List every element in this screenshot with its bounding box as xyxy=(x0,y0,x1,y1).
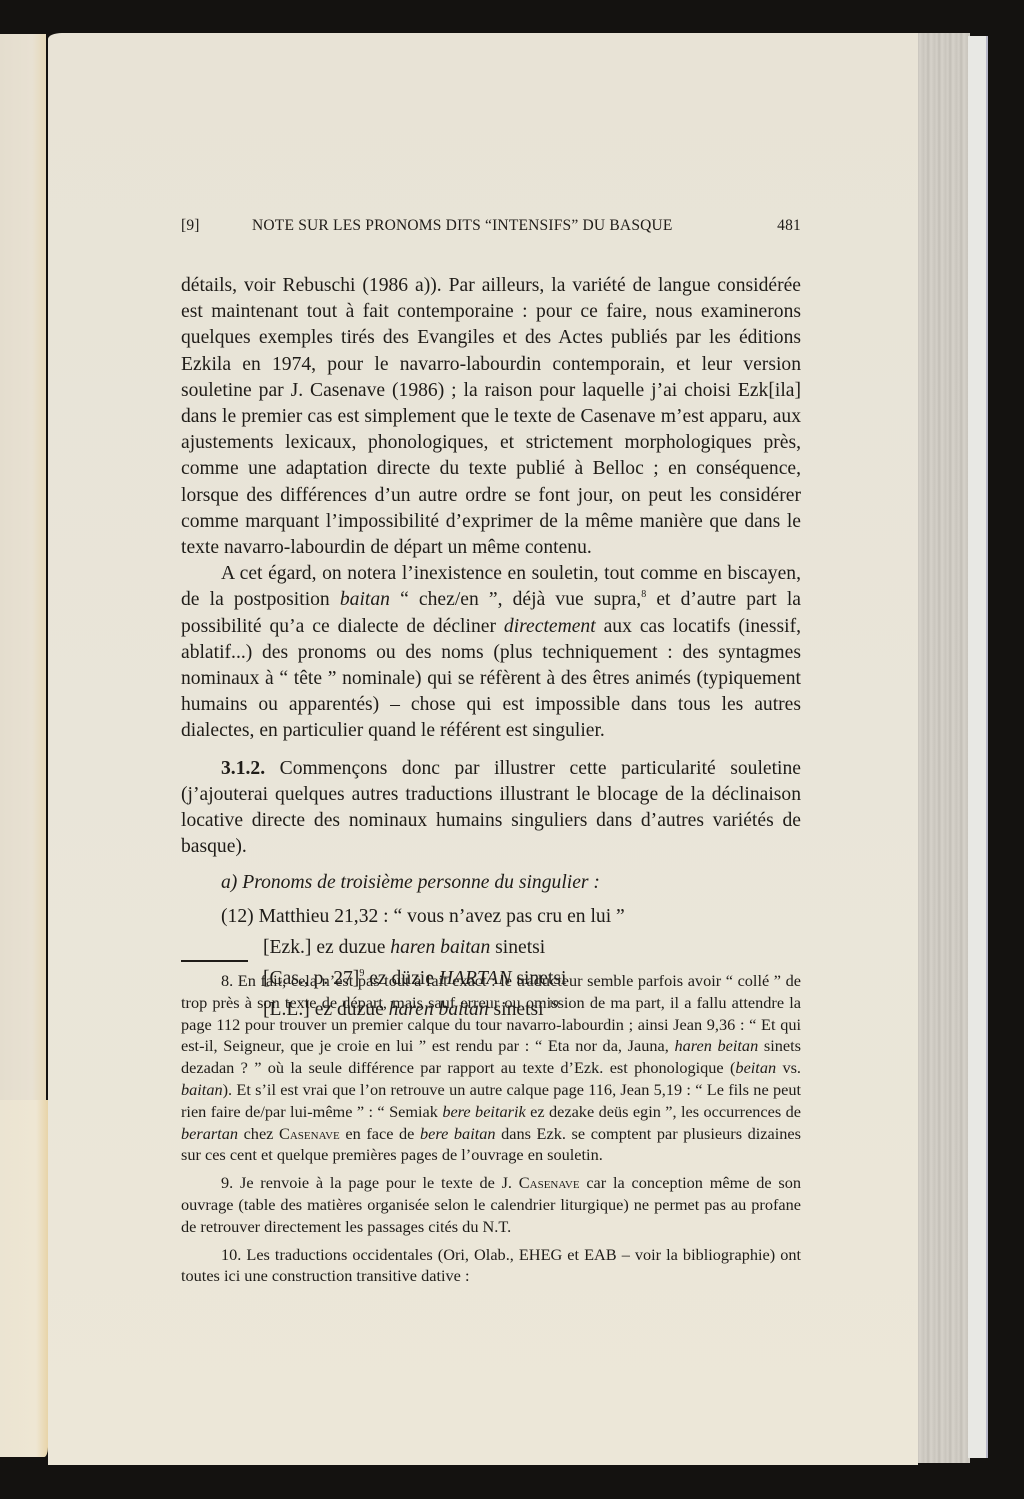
section-number: 3.1.2. xyxy=(221,758,265,779)
running-title: NOTE SUR LES PRONOMS DITS “INTENSIFS” DU… xyxy=(252,217,673,235)
example-header: (12) Matthieu 21,32 : “ vous n’avez pas … xyxy=(181,901,801,932)
footnote-10: 10. Les traductions occidentales (Ori, O… xyxy=(181,1244,801,1288)
page-number: 481 xyxy=(777,217,801,235)
footnote-9: 9. Je renvoie à la page pour le texte de… xyxy=(181,1172,801,1237)
body-text: détails, voir Rebuschi (1986 a)). Par ai… xyxy=(181,273,801,1025)
footnote-divider xyxy=(181,960,248,962)
back-cover-edge xyxy=(968,36,988,1458)
example-number: (12) xyxy=(221,906,254,927)
example-reference: Matthieu 21,32 : “ vous n’avez pas cru e… xyxy=(259,906,625,927)
section-folio: [9] xyxy=(181,217,200,235)
author-name: Casenave xyxy=(279,1124,340,1143)
footnotes: 8. En fait, cela n’est pas tout à fait e… xyxy=(181,970,801,1287)
paragraph-2: A cet égard, on notera l’inexistence en … xyxy=(181,561,801,744)
previous-page-edge xyxy=(0,34,46,1114)
paragraph-3: 3.1.2. Commençons donc par illustrer cet… xyxy=(181,756,801,861)
previous-page-edge-bottom xyxy=(0,1100,48,1457)
author-name: Casenave xyxy=(519,1173,580,1192)
footnote-8: 8. En fait, cela n’est pas tout à fait e… xyxy=(181,970,801,1166)
page-stack-edge xyxy=(912,33,970,1463)
book-page: [9] NOTE SUR LES PRONOMS DITS “INTENSIFS… xyxy=(48,33,918,1465)
subheading: a) Pronoms de troisième personne du sing… xyxy=(181,870,801,896)
running-head: [9] NOTE SUR LES PRONOMS DITS “INTENSIFS… xyxy=(181,217,801,239)
example-line-ezk: [Ezk.] ez duzue haren baitan sinetsi xyxy=(181,932,801,963)
paragraph-1: détails, voir Rebuschi (1986 a)). Par ai… xyxy=(181,273,801,561)
